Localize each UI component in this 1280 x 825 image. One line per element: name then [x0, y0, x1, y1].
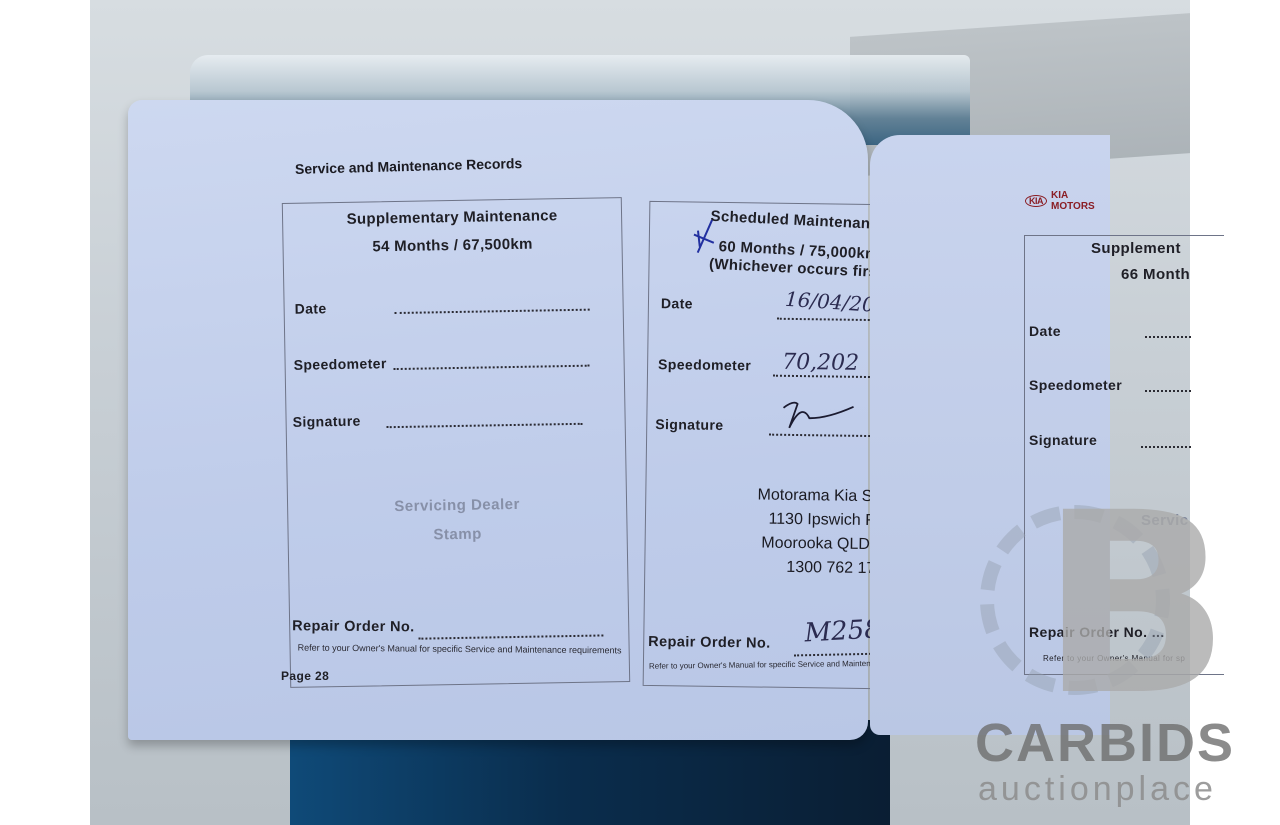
speedometer-label: Speedometer: [1029, 377, 1122, 393]
date-field[interactable]: [1145, 336, 1191, 338]
panel-title: Supplementary Maintenance: [283, 206, 621, 229]
date-field[interactable]: [395, 309, 590, 314]
signature-label: Signature: [655, 416, 723, 433]
watermark-brand: CARBIDS: [975, 712, 1235, 774]
signature-field[interactable]: [387, 423, 583, 428]
repair-order-label: Repair Order No.: [292, 618, 415, 635]
watermark-letter: B: [1040, 505, 1252, 705]
service-record-page: Service and Maintenance Records KIA KIA …: [128, 100, 868, 740]
kia-brand-text: KIA MOTORS: [1051, 190, 1110, 212]
panel-interval: 54 Months / 67,500km: [283, 234, 621, 257]
repair-order-label: Repair Order No.: [648, 634, 771, 652]
owners-manual-note: Refer to your Owner's Manual for specifi…: [291, 642, 629, 655]
date-label: Date: [1029, 323, 1061, 339]
speedometer-label: Speedometer: [658, 356, 751, 373]
speedometer-field[interactable]: [394, 365, 590, 370]
kia-logo: KIA KIA MOTORS: [1025, 190, 1110, 212]
watermark-subtitle: auctionplace: [978, 770, 1217, 809]
repair-order-field[interactable]: [418, 634, 603, 639]
stamp-placeholder-line1: Servicing Dealer: [288, 494, 626, 517]
page-header: Service and Maintenance Records: [295, 155, 523, 177]
date-label: Date: [661, 295, 693, 311]
date-label: Date: [295, 300, 327, 317]
panel-interval: 66 Month: [1121, 266, 1190, 283]
stamp-placeholder-line2: Stamp: [288, 523, 626, 546]
signature-field[interactable]: [1141, 446, 1191, 448]
panel-title: Supplement: [1091, 240, 1181, 257]
signature-label: Signature: [1029, 432, 1097, 448]
handwritten-speedometer: 70,202: [782, 350, 859, 376]
signature-label: Signature: [292, 413, 360, 430]
speedometer-label: Speedometer: [293, 355, 386, 373]
signature-scribble-icon: [779, 396, 859, 433]
supplementary-maintenance-54-panel: Supplementary Maintenance 54 Months / 67…: [282, 197, 630, 688]
page-number: Page 28: [281, 669, 329, 683]
speedometer-field[interactable]: [1145, 390, 1191, 392]
kia-oval-icon: KIA: [1025, 195, 1047, 207]
